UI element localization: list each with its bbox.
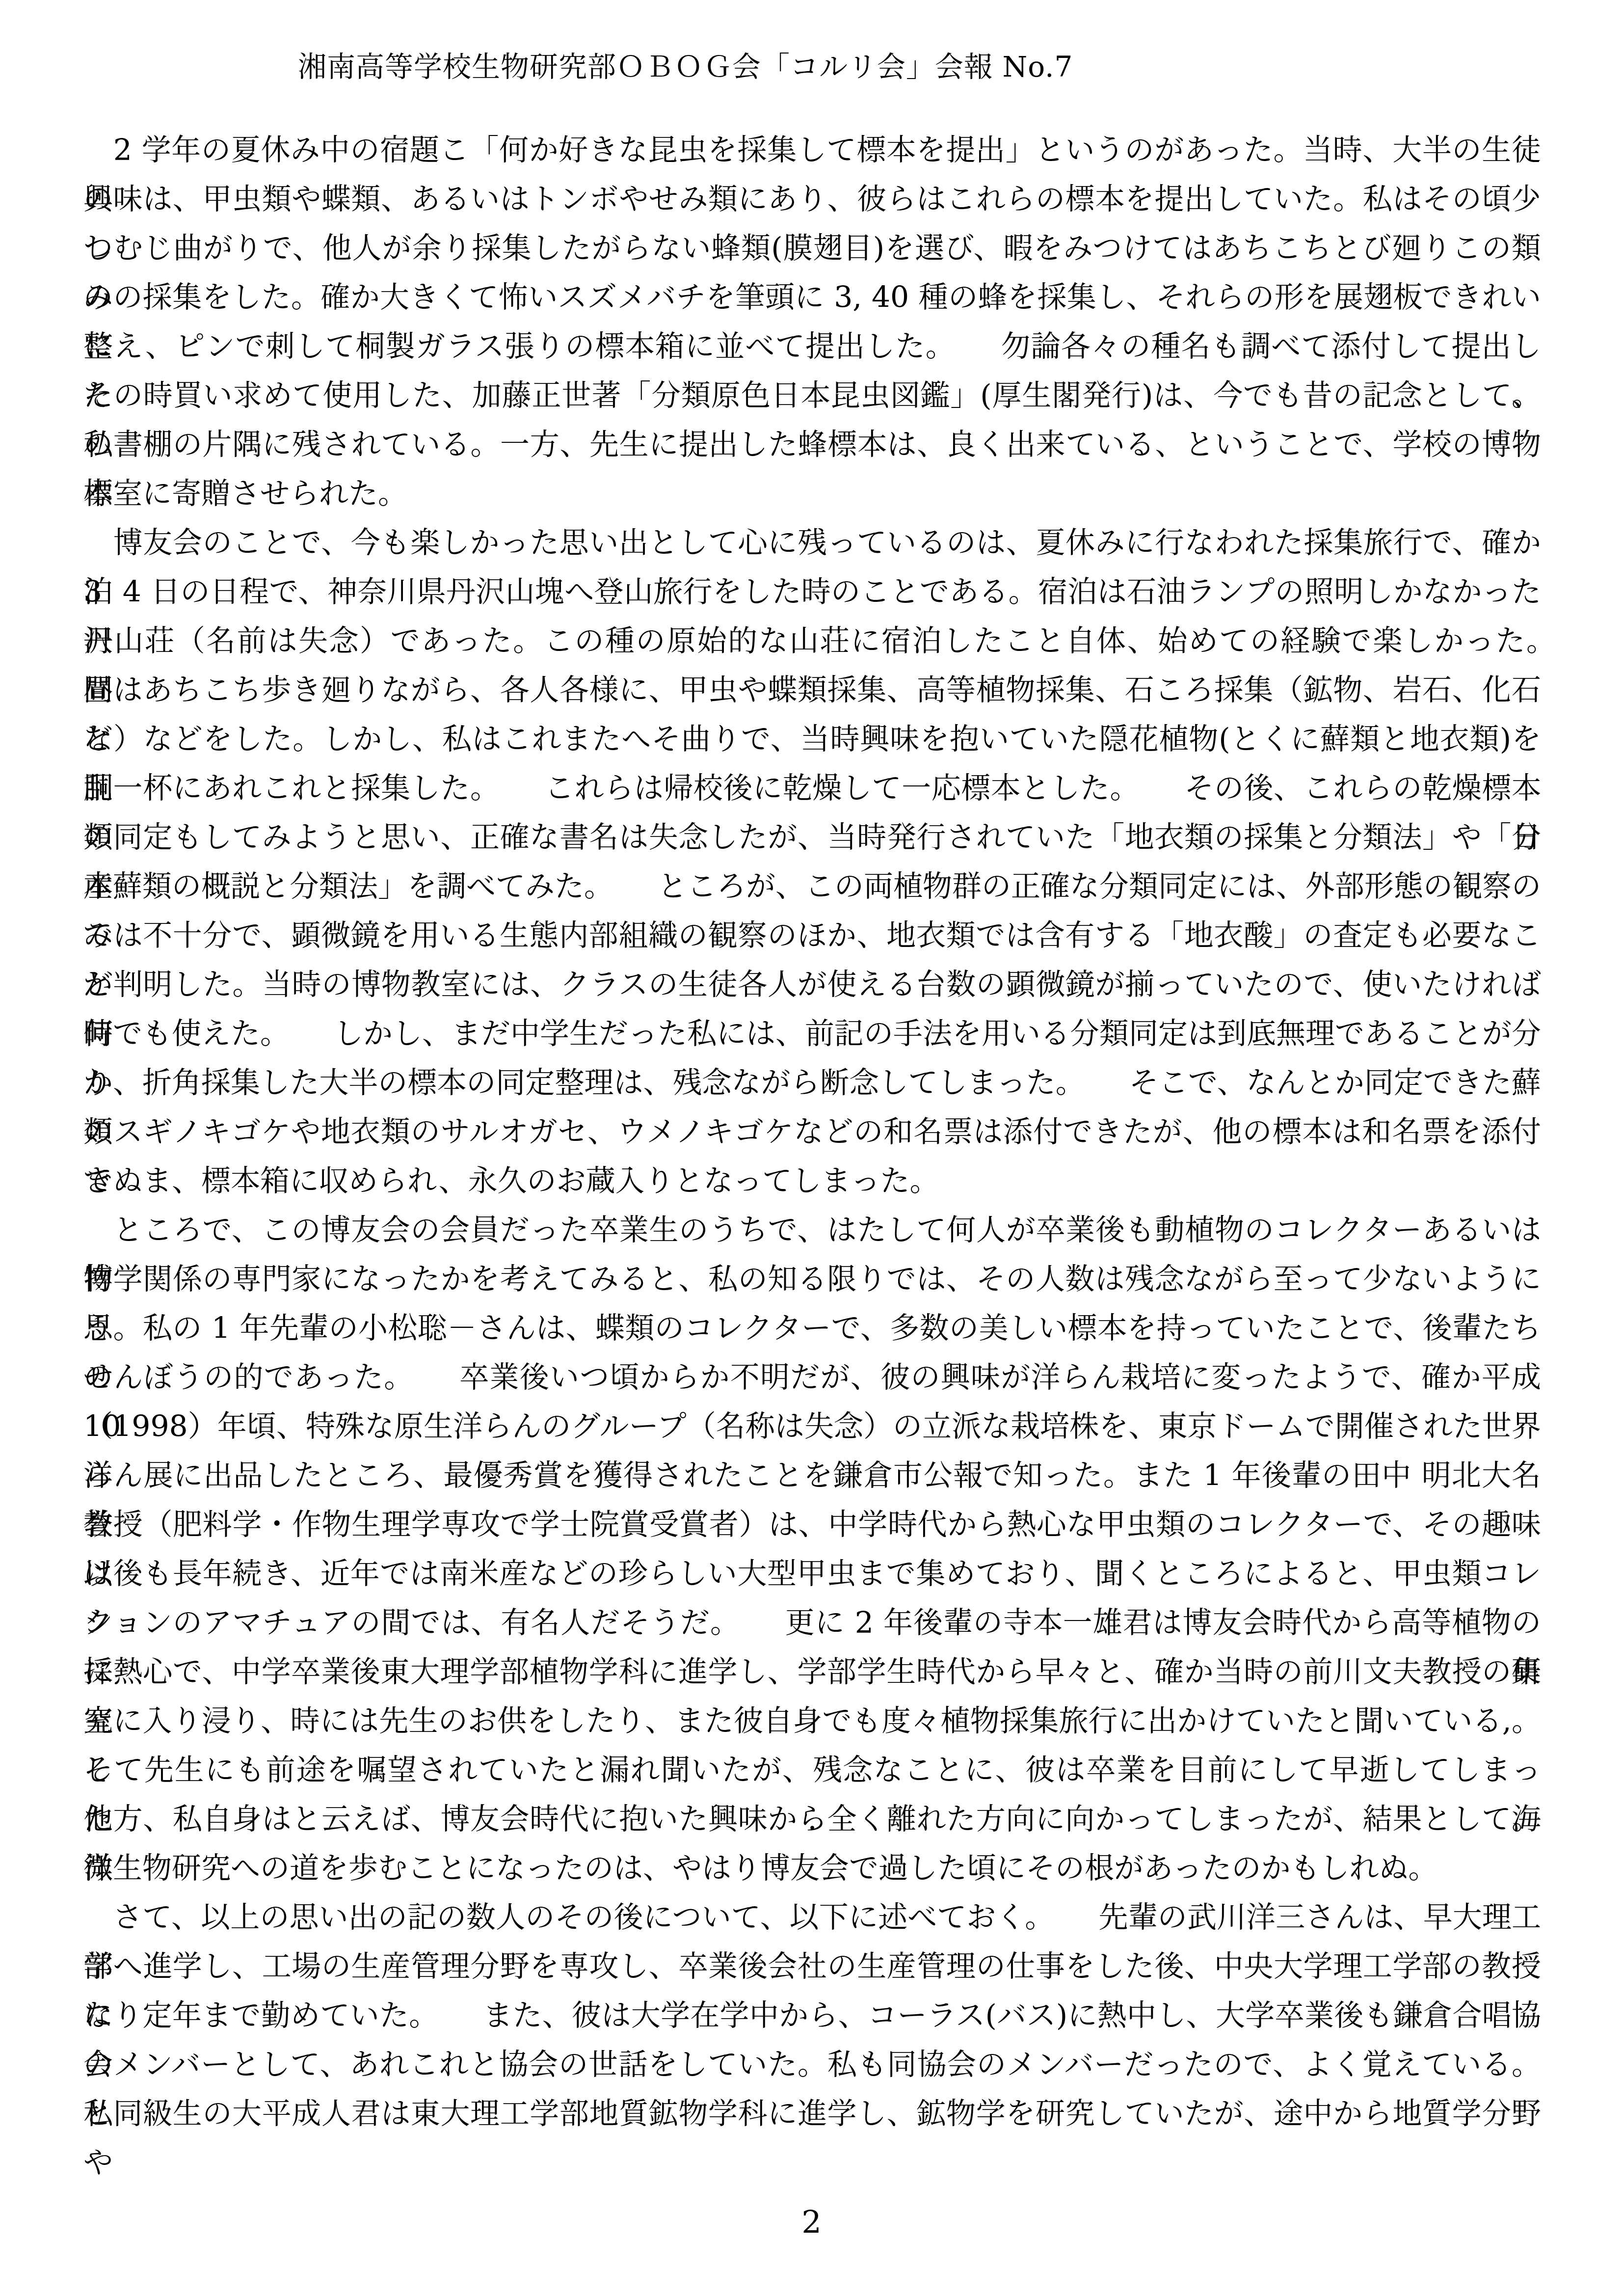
text-line: のメンバーとして、あれこれと協会の世話をしていた。私も同協会のメンバーだったので… [83, 2040, 1541, 2089]
text-line: らん展に出品したところ、最優秀賞を獲得されたことを鎌倉市公報で知った。また 1 … [83, 1451, 1541, 1500]
text-line: して先生にも前途を嘱望されていたと漏れ聞いたが、残念なことに、彼は卒業を目前にし… [83, 1746, 1541, 1795]
text-line: 博友会のことで、今も楽しかった思い出として心に残っているのは、夏休みに行なわれた… [83, 518, 1541, 567]
text-line: なり定年まで勤めていた。 また、彼は大学在学中から、コーラス(バス)に熱中し、大… [83, 1991, 1541, 2040]
text-line: 物学関係の専門家になったかを考えてみると、私の知る限りでは、その人数は残念ながら… [83, 1255, 1541, 1304]
text-line: きぬま、標本箱に収められ、永久のお蔵入りとなってしまった。 [83, 1157, 1541, 1206]
text-line: の書棚の片隅に残されている。一方、先生に提出した蜂標本は、良く出来ている、という… [83, 420, 1541, 469]
text-line: 興味は、甲虫類や蝶類、あるいはトンボやせみ類にあり、彼らはこれらの標本を提出して… [83, 175, 1541, 224]
page-number: 2 [0, 2203, 1623, 2242]
text-line: 本室に寄贈させられた。 [83, 469, 1541, 518]
body-text: 2 学年の夏休み中の宿題こ「何か好きな昆虫を採集して標本を提出」というのがあった… [83, 126, 1541, 2138]
text-line: さて、以上の思い出の記の数人のその後について、以下に述べておく。 先輩の武川洋三… [83, 1893, 1541, 1942]
text-line: 泊 4 日の日程で、神奈川県丹沢山塊へ登山旅行をした時のことである。宿泊は石油ラ… [83, 567, 1541, 617]
text-line: その時買い求めて使用した、加藤正世著「分類原色日本昆虫図鑑」(厚生閣発行)は、今… [83, 371, 1541, 420]
text-line: 他方、私自身はと云えば、博友会時代に抱いた興味から全く離れた方向に向かってしまっ… [83, 1795, 1541, 1844]
text-line: みの採集をした。確か大きくて怖いスズメバチを筆頭に 3, 40 種の蜂を採集し、… [83, 273, 1541, 322]
text-line: せんぼうの的であった。 卒業後いつ頃からか不明だが、彼の興味が洋らん栽培に変った… [83, 1353, 1541, 1402]
text-line: に熱心で、中学卒業後東大理学部植物学科に進学し、学部学生時代から早々と、確か当時… [83, 1648, 1541, 1697]
text-line: 部へ進学し、工場の生産管理分野を専攻し、卒業後会社の生産管理の仕事をした後、中央… [83, 1942, 1541, 1991]
text-line: う。私の 1 年先輩の小松聡－さんは、蝶類のコレクターで、多数の美しい標本を持っ… [83, 1304, 1541, 1353]
text-line: と同級生の大平成人君は東大理工学部地質鉱物学科に進学し、鉱物学を研究していたが、… [83, 2089, 1541, 2138]
text-line: ションのアマチュアの間では、有名人だそうだ。 更に 2 年後輩の寺本一雄君は博友… [83, 1598, 1541, 1648]
document-page: 湘南高等学校生物研究部ＯＢＯＧ会「コルリ会」会報 No.7 2 学年の夏休み中の… [0, 0, 1623, 2296]
text-line: のスギノキゴケや地衣類のサルオガセ、ウメノキゴケなどの和名票は添付できたが、他の… [83, 1107, 1541, 1157]
text-line: 沢山荘（名前は失念）であった。この種の原始的な山荘に宿泊したこと自体、始めての経… [83, 617, 1541, 666]
text-line: 乱一杯にあれこれと採集した。 これらは帰校後に乾燥して一応標本とした。 その後、… [83, 764, 1541, 813]
text-line: 類同定もしてみようと思い、正確な書名は失念したが、当時発行されていた「地衣類の採… [83, 813, 1541, 862]
text-line: では不十分で、顕微鏡を用いる生態内部組織の観察のほか、地衣類では含有する「地衣酸… [83, 911, 1541, 960]
text-line: り、折角採集した大半の標本の同定整理は、残念ながら断念してしまった。 そこで、な… [83, 1058, 1541, 1107]
newsletter-header-title: 湘南高等学校生物研究部ＯＢＯＧ会「コルリ会」会報 No.7 [298, 47, 1073, 86]
text-line: 間はあちこち歩き廻りながら、各人各様に、甲虫や蝶類採集、高等植物採集、石ころ採集… [83, 666, 1541, 715]
text-line: ど）などをした。しかし、私はこれまたへそ曲りで、当時興味を抱いていた隠花植物(と… [83, 715, 1541, 764]
text-line: ところで、この博友会の会員だった卒業生のうちで、はたして何人が卒業後も動植物のコ… [83, 1206, 1541, 1255]
text-line: 教授（肥料学・作物生理学専攻で学士院賞受賞者）は、中学時代から熱心な甲虫類のコレ… [83, 1500, 1541, 1549]
text-line: 以後も長年続き、近年では南米産などの珍らしい大型甲虫まで集めており、聞くところに… [83, 1549, 1541, 1598]
text-line: （1998）年頃、特殊な原生洋らんのグループ（名称は失念）の立派な栽培株を、東京… [83, 1402, 1541, 1451]
text-line: 時でも使えた。 しかし、まだ中学生だった私には、前記の手法を用いる分類同定は到底… [83, 1009, 1541, 1058]
text-line: 2 学年の夏休み中の宿題こ「何か好きな昆虫を採集して標本を提出」というのがあった… [83, 126, 1541, 175]
text-line: 産蘚類の概説と分類法」を調べてみた。 ところが、この両植物群の正確な分類同定には… [83, 862, 1541, 911]
text-line: 室に入り浸り、時には先生のお供をしたり、また彼自身でも度々植物採集旅行に出かけて… [83, 1697, 1541, 1746]
text-line: 整え、ピンで刺して桐製ガラス張りの標本箱に並べて提出した。 勿論各々の種名も調べ… [83, 322, 1541, 371]
text-line: が判明した。当時の博物教室には、クラスの生徒各人が使える台数の顕微鏡が揃っていた… [83, 960, 1541, 1009]
text-line: つむじ曲がりで、他人が余り採集したがらない蜂類(膜翅目)を選び、暇をみつけてはあ… [83, 224, 1541, 273]
text-line: 微生物研究への道を歩むことになったのは、やはり博友会で過した頃にその根があったの… [83, 1844, 1541, 1893]
